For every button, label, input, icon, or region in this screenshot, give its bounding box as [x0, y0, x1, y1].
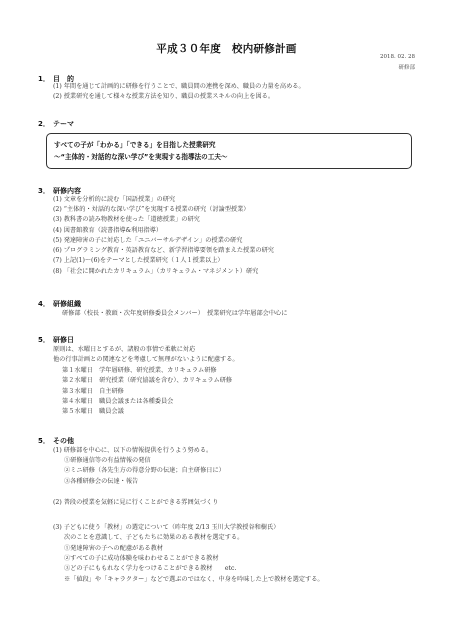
content-item: (2) “主体的・対話的な深い学び”を実現する授業の研究（討論型授業） [53, 205, 250, 215]
schedule-content: 学年層研修、研究授業、カリキュラム研修 [99, 367, 217, 374]
other-subitem: ③どの子にももれなく学力をつけることができる教材 etc. [64, 564, 236, 574]
content-item: (7) 上記(1)～(6)をテーマとした授業研究（１人１授業以上） [53, 256, 224, 266]
section-number: 1． [38, 74, 53, 84]
other-subitem: ②すべての子に成功体験を味わわせることができる教材 [64, 554, 219, 564]
other-subitem: ①発達障害の子への配慮がある教材 [64, 544, 163, 554]
theme-subline: ～“主体的・対話的な深い学び”を実現する指導法の工夫～ [54, 151, 228, 161]
schedule-content: 職員会議または各種委員会 [99, 398, 173, 405]
other-paragraph: (3) 子どもに使う「教材」の選定について（昨年度 2/13 玉川大学教授谷和樹… [53, 523, 279, 533]
section-heading-other: 5．その他 [38, 436, 74, 446]
schedule-row: 第２水曜日 研究授業（研究協議を含む）、カリキュラム研修 [62, 376, 232, 386]
content-item: (4) 図書館教育（読書指導&利用指導） [53, 226, 162, 236]
other-paragraph: (2) 普段の授業を気軽に見に行くことができる雰囲気づくり [53, 498, 218, 508]
schedule-day: 第４水曜日 [62, 398, 93, 405]
schedule-intro: 原則は、水曜日とするが、諸般の事情で柔軟に対応 [53, 345, 195, 355]
other-subitem: ②ミニ研修（各先生方の得意分野の伝達；自主研修日に） [64, 466, 225, 476]
theme-line: すべての子が「わかる」「できる」を目指した授業研究 [54, 139, 215, 149]
other-note: ※「値段」や「キャラクター」などで選ぶのではなく、中身を吟味した上で教材を選定す… [64, 575, 324, 585]
schedule-intro: 他の行事計画との関連などを考慮して無理がないように配慮する。 [53, 355, 239, 365]
section-heading-schedule: 5．研修日 [38, 335, 74, 345]
document-page: 平成３０年度 校内研修計画 2018. 02. 28 研修部 1．目 的 (1)… [0, 0, 453, 640]
section-title: 研修組織 [53, 300, 81, 308]
section-number: 3． [38, 186, 53, 196]
content-item: (5) 発達障害の子に対応した「ユニバーサルデザイン」の授業の研究 [53, 236, 242, 246]
section-number: 2． [38, 119, 53, 129]
schedule-content: 自主研修 [99, 388, 124, 395]
other-subitem: ③各種研修会の伝達・報告 [64, 477, 138, 487]
schedule-row: 第５水曜日 職員会議 [62, 407, 124, 417]
section-number: 5． [38, 436, 53, 446]
content-item: (1) 文章を分析的に読む「国語授業」の研究 [53, 195, 175, 205]
purpose-item: (1) 年間を通じて計画的に研修を行うことで、職員間の連携を深め、職員の力量を高… [53, 82, 305, 92]
section-heading-theme: 2．テーマ [38, 119, 74, 129]
organization-text: 研修部（校長・教頭・次年度研修委員会メンバー） 授業研究は学年層部会中心に [62, 309, 287, 319]
schedule-day: 第２水曜日 [62, 377, 93, 384]
other-subintro: 次のことを意識して、子どもたちに効果のある教材を選定する。 [64, 533, 243, 543]
schedule-row: 第４水曜日 職員会議または各種委員会 [62, 397, 173, 407]
other-subitem: ①研修通信等の有益情報の発信 [64, 456, 151, 466]
section-title: その他 [53, 437, 74, 445]
section-title: 研修日 [53, 336, 74, 344]
other-paragraph: (1) 研修部を中心に、以下の情報提供を行うよう努める。 [53, 446, 212, 456]
section-number: 5． [38, 335, 53, 345]
schedule-row: 第１水曜日 学年層研修、研究授業、カリキュラム研修 [62, 366, 217, 376]
section-heading-organization: 4．研修組織 [38, 299, 81, 309]
content-item: (6) プログラミング教育・英語教育など、新学習指導要領を踏まえた授業の研究 [53, 246, 274, 256]
schedule-day: 第３水曜日 [62, 388, 93, 395]
document-department: 研修部 [398, 63, 415, 71]
schedule-content: 職員会議 [99, 408, 124, 415]
purpose-item: (2) 授業研究を通して様々な授業方法を知り、職員の授業スキルの向上を図る。 [53, 92, 274, 102]
schedule-day: 第１水曜日 [62, 367, 93, 374]
document-date: 2018. 02. 28 [380, 54, 415, 60]
section-number: 4． [38, 299, 53, 309]
schedule-row: 第３水曜日 自主研修 [62, 387, 124, 397]
section-title: 研修内容 [53, 187, 81, 195]
schedule-content: 研究授業（研究協議を含む）、カリキュラム研修 [99, 377, 232, 384]
section-title: テーマ [53, 120, 74, 128]
content-item: (3) 教科書の読み物教材を使った「道徳授業」の研究 [53, 215, 200, 225]
content-item: (8) 「社会に開かれたカリキュラム」（カリキュラム・マネジメント）研究 [53, 267, 258, 277]
schedule-day: 第５水曜日 [62, 408, 93, 415]
